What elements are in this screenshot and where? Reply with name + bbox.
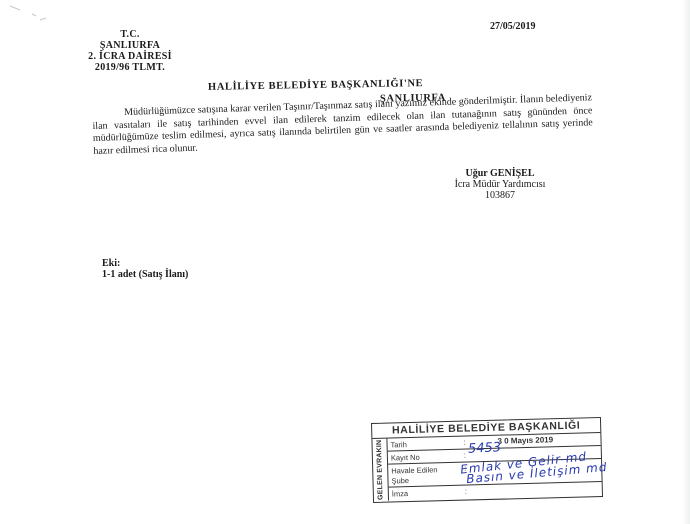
scan-mark: [8, 4, 48, 24]
attachments: Eki: 1-1 adet (Satış İlanı): [102, 258, 188, 280]
stamp-side-text: GELEN EVRAKIN: [376, 440, 385, 500]
header-line-tc: T.C.: [70, 29, 190, 40]
signature-block: Uğur GENİŞEL İcra Müdür Yardımcısı 10386…: [440, 168, 560, 201]
stamp-colon: :: [463, 438, 465, 447]
issuer-header: T.C. ŞANLIURFA 2. İCRA DAİRESİ 2019/96 T…: [70, 29, 190, 73]
stamp-date-value: 3 0 Mayıs 2019: [497, 435, 553, 445]
letter-body: Müdürlüğümüzce satışına karar verilen Ta…: [92, 92, 593, 158]
stamp-side-label: GELEN EVRAKIN: [372, 439, 389, 501]
document-date: 27/05/2019: [490, 21, 536, 32]
stamp-label: Kayıt No: [391, 453, 420, 463]
stamp-label: Havale Edilen Şube: [391, 465, 452, 487]
signer-title: İcra Müdür Yardımcısı: [440, 179, 560, 190]
attachment-item: 1-1 adet (Satış İlanı): [102, 269, 188, 280]
attachments-label: Eki:: [102, 258, 188, 269]
signer-id: 103867: [440, 190, 560, 201]
header-line-office: 2. İCRA DAİRESİ: [70, 51, 190, 62]
stamp-label: Tarih: [390, 440, 406, 449]
page-edge-shadow: [682, 0, 690, 524]
stamp-colon: :: [464, 451, 466, 460]
letter-paragraph: Müdürlüğümüzce satışına karar verilen Ta…: [92, 92, 593, 158]
signer-name: Uğur GENİŞEL: [440, 168, 560, 179]
header-line-city: ŞANLIURFA: [70, 40, 190, 51]
header-line-file-no: 2019/96 TLMT.: [70, 62, 190, 73]
stamp-label: İmza: [392, 489, 408, 498]
stamp-colon: :: [465, 487, 467, 496]
handwritten-registration-no: 5453: [468, 440, 502, 457]
addressee-line-1: HALİLİYE BELEDİYE BAŞKANLIĞI'NE: [208, 78, 423, 93]
